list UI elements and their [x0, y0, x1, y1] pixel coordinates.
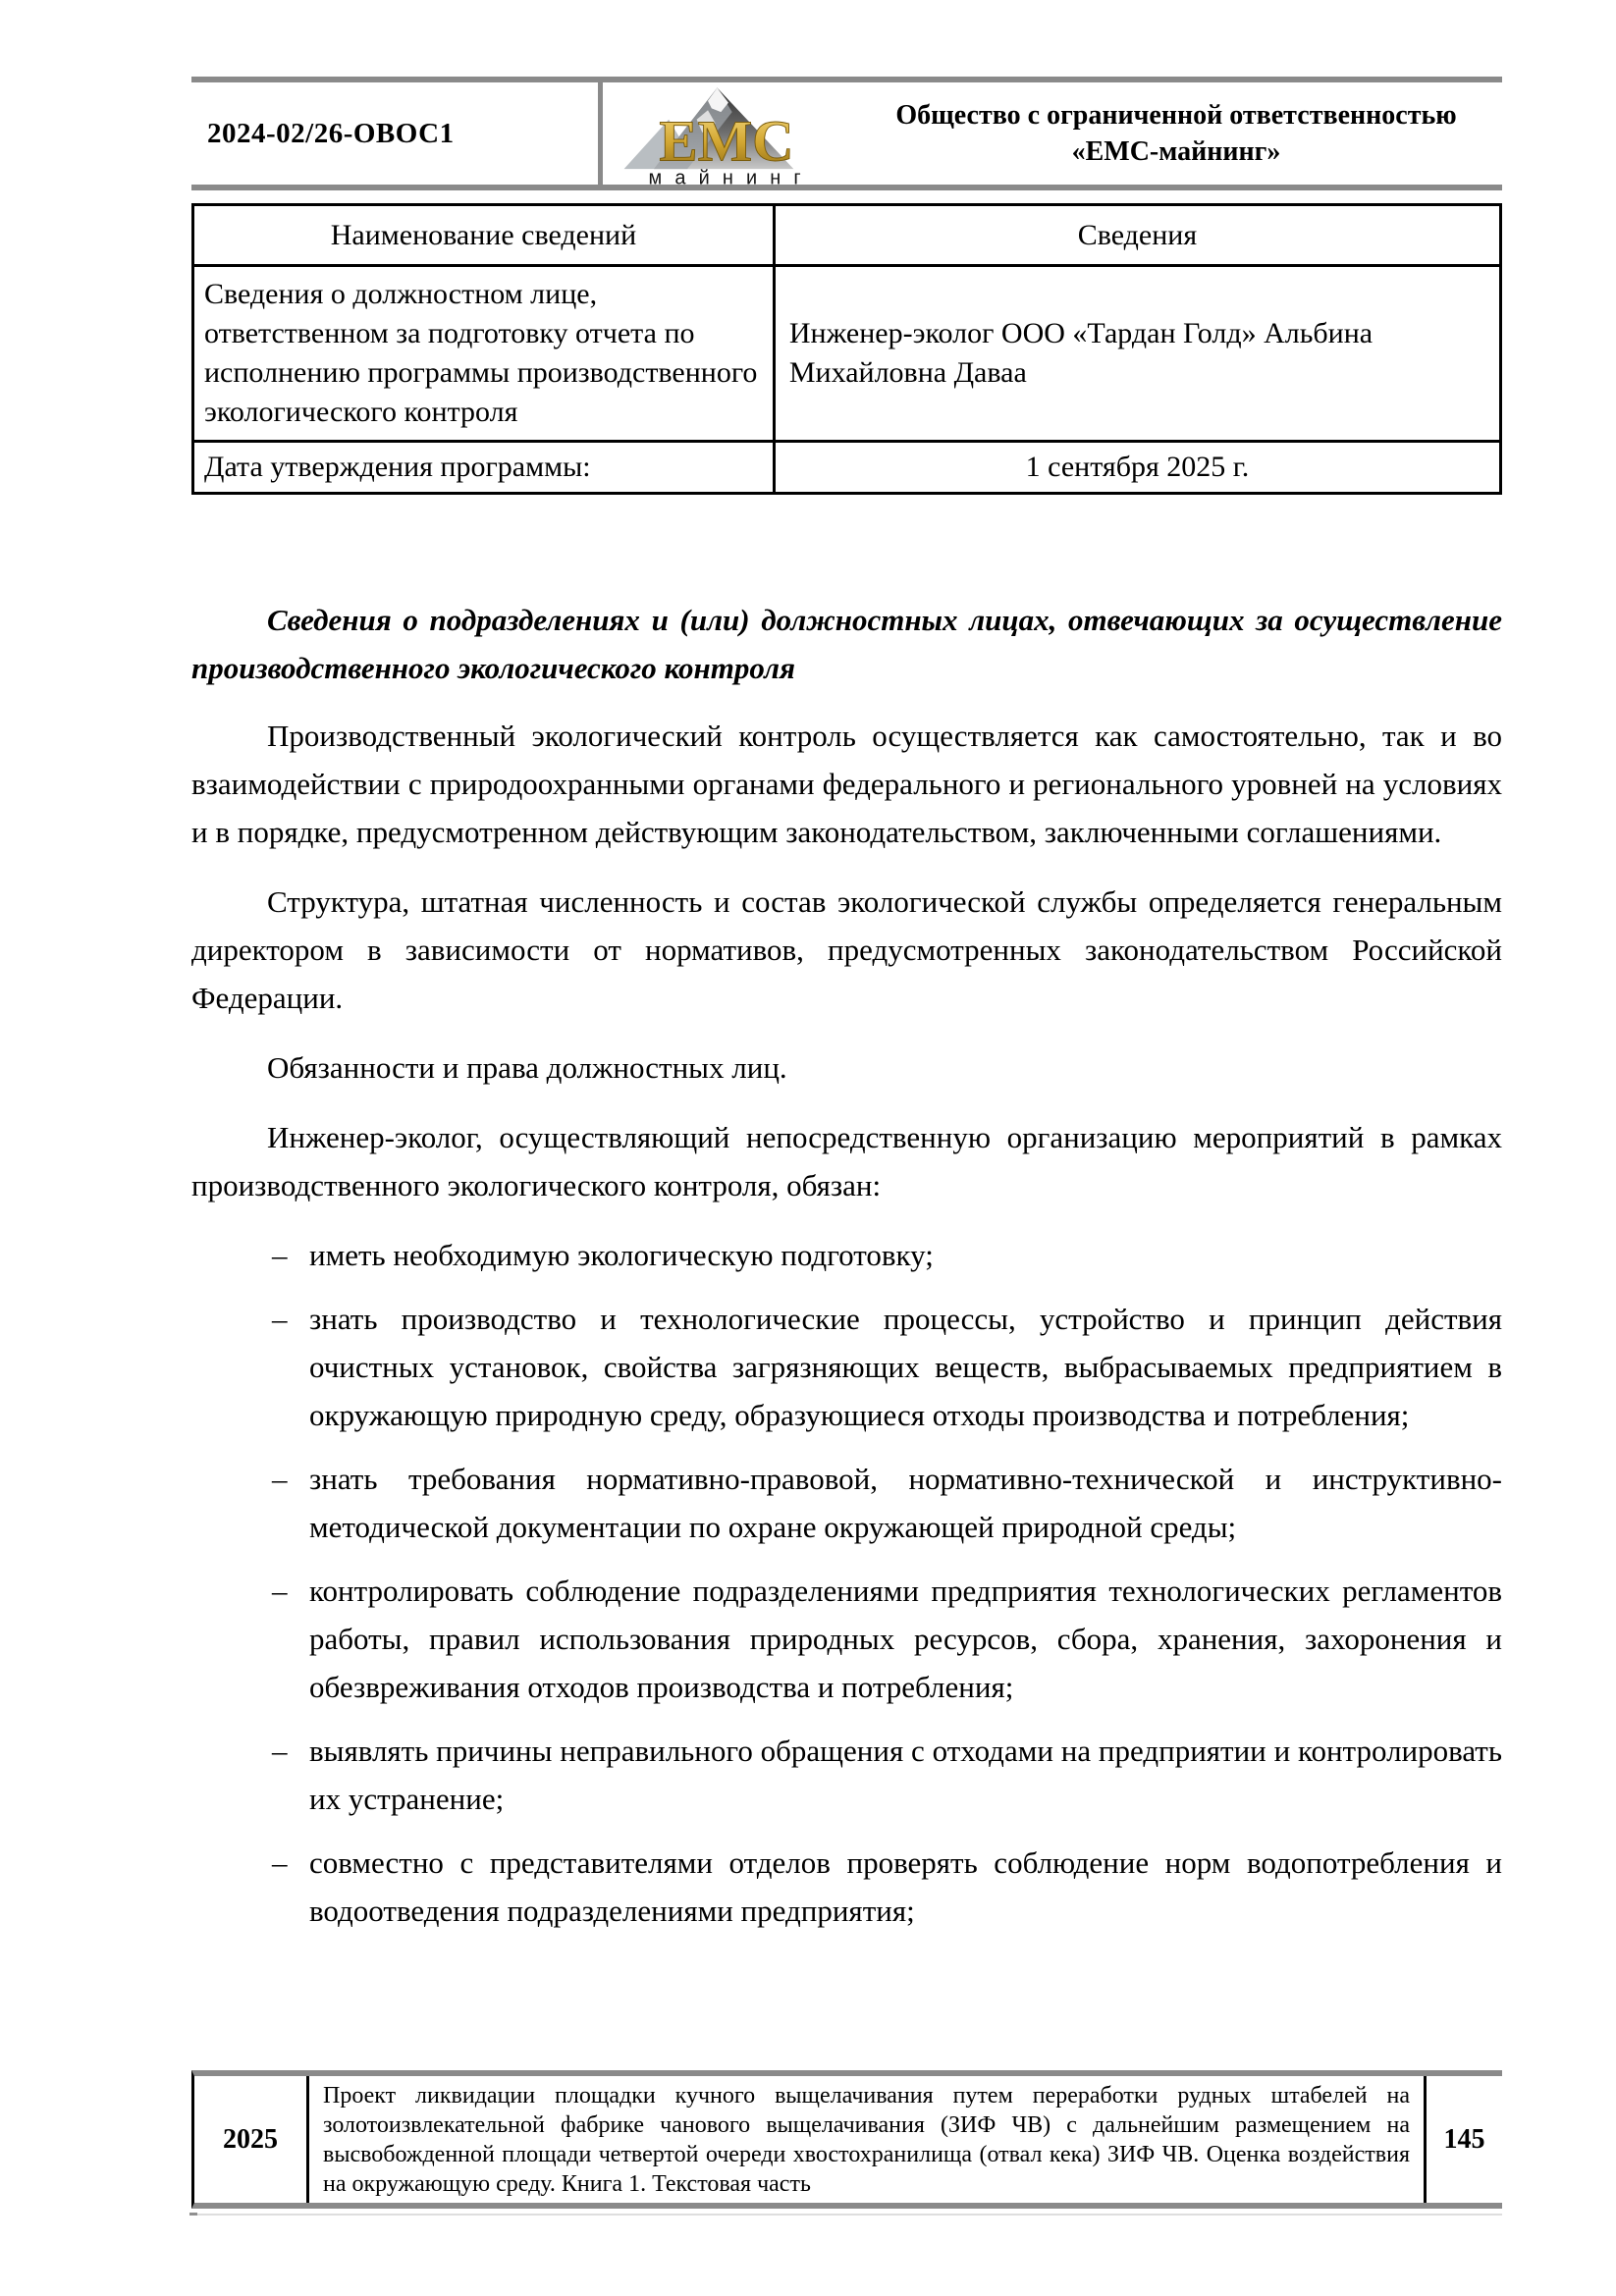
section-heading: Сведения о подразделениях и (или) должно…	[191, 596, 1502, 692]
document-page: 2024-02/26-ОВОС1	[0, 0, 1616, 2296]
company-name-line1: Общество с ограниченной ответственностью	[850, 97, 1502, 133]
page-number: 145	[1427, 2076, 1502, 2203]
list-item: – контролировать соблюдение подразделени…	[191, 1567, 1502, 1711]
paragraph: Обязанности и права должностных лиц.	[191, 1043, 1502, 1092]
responsible-person-table: Наименование сведений Сведения Сведения …	[191, 203, 1502, 495]
paragraph: Производственный экологический контроль …	[191, 712, 1502, 856]
paragraph: Структура, штатная численность и состав …	[191, 878, 1502, 1022]
list-item-text: выявлять причины неправильного обращения…	[309, 1734, 1502, 1816]
dash-marker: –	[272, 1231, 288, 1279]
footer-underline	[191, 2214, 1502, 2216]
logo-acronym: ЕМС	[659, 110, 793, 174]
table-row: Дата утверждения программы: 1 сентября 2…	[193, 442, 1501, 494]
document-body: Сведения о подразделениях и (или) должно…	[191, 555, 1502, 1950]
page-header: 2024-02/26-ОВОС1	[191, 77, 1502, 190]
footer-project-description: Проект ликвидации площадки кучного выщел…	[309, 2076, 1424, 2203]
list-item-text: совместно с представителями отделов пров…	[309, 1845, 1502, 1928]
company-name: Общество с ограниченной ответственностью…	[850, 82, 1502, 185]
list-item-text: знать требования нормативно-правовой, но…	[309, 1462, 1502, 1544]
footer-underline-tick	[189, 2213, 197, 2216]
emc-mining-logo-icon: ЕМС м а й н и н г	[604, 79, 849, 188]
dash-marker: –	[272, 1295, 288, 1343]
table-row: Сведения о должностном лице, ответственн…	[193, 266, 1501, 442]
list-item-text: иметь необходимую экологическую подготов…	[309, 1238, 934, 1272]
list-item-text: контролировать соблюдение подразделениям…	[309, 1574, 1502, 1704]
row-value-cell: Инженер-эколог ООО «Тардан Голд» Альбина…	[774, 266, 1500, 442]
list-item: – выявлять причины неправильного обращен…	[191, 1727, 1502, 1823]
dash-marker: –	[272, 1727, 288, 1775]
company-logo: ЕМС м а й н и н г	[603, 82, 850, 185]
list-item: – знать требования нормативно-правовой, …	[191, 1455, 1502, 1551]
list-item: – знать производство и технологические п…	[191, 1295, 1502, 1439]
row-value-cell: 1 сентября 2025 г.	[774, 442, 1500, 494]
company-name-line2: «ЕМС-майнинг»	[850, 133, 1502, 170]
dash-marker: –	[272, 1455, 288, 1503]
column-header-name: Наименование сведений	[193, 205, 775, 266]
logo-subtitle: м а й н и н г	[649, 167, 805, 188]
list-item: – совместно с представителями отделов пр…	[191, 1839, 1502, 1935]
footer-year: 2025	[194, 2076, 306, 2203]
row-name-cell: Сведения о должностном лице, ответственн…	[193, 266, 775, 442]
list-item: – иметь необходимую экологическую подгот…	[191, 1231, 1502, 1279]
dash-marker: –	[272, 1839, 288, 1887]
dash-marker: –	[272, 1567, 288, 1615]
duties-list: – иметь необходимую экологическую подгот…	[191, 1231, 1502, 1935]
paragraph: Инженер-эколог, осуществляющий непосредс…	[191, 1113, 1502, 1209]
column-header-value: Сведения	[774, 205, 1500, 266]
table-header-row: Наименование сведений Сведения	[193, 205, 1501, 266]
list-item-text: знать производство и технологические про…	[309, 1302, 1502, 1432]
row-name-cell: Дата утверждения программы:	[193, 442, 775, 494]
page-footer: 2025 Проект ликвидации площадки кучного …	[191, 2070, 1502, 2209]
footer-description-text: Проект ликвидации площадки кучного выщел…	[323, 2081, 1410, 2199]
document-number: 2024-02/26-ОВОС1	[191, 82, 598, 185]
